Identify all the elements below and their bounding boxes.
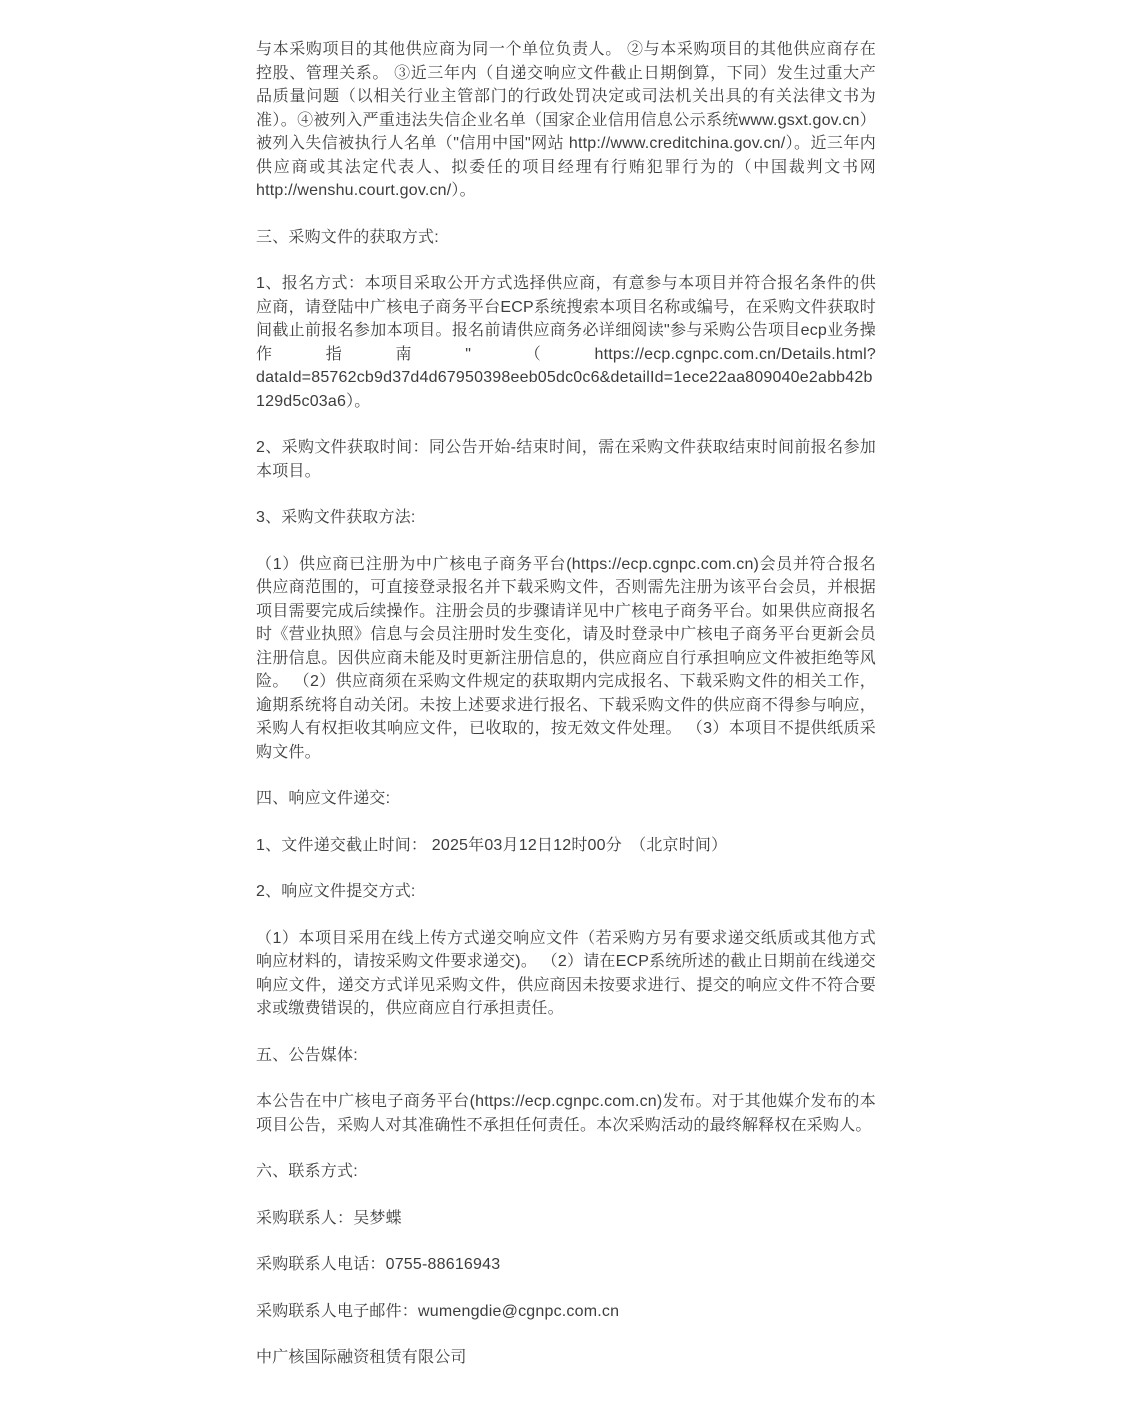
paragraph-submission-method-detail: （1）本项目采用在线上传方式递交响应文件（若采购方另有要求递交纸质或其他方式响应… [256,927,876,1021]
paragraph-announcement-media-detail: 本公告在中广核电子商务平台(https://ecp.cgnpc.com.cn)发… [256,1090,876,1137]
paragraph-acquisition-time: 2、采购文件获取时间：同公告开始-结束时间，需在采购文件获取结束时间前报名参加本… [256,436,876,483]
paragraph-acquisition-method-detail: （1）供应商已注册为中广核电子商务平台(https://ecp.cgnpc.co… [256,553,876,765]
paragraph-qualification-continued: 与本采购项目的其他供应商为同一个单位负责人。 ②与本采购项目的其他供应商存在控股… [256,38,876,203]
section-heading-announcement-media: 五、公告媒体: [256,1044,876,1068]
paragraph-submission-method-heading: 2、响应文件提交方式: [256,880,876,904]
section-heading-document-acquisition: 三、采购文件的获取方式: [256,226,876,250]
section-heading-response-submission: 四、响应文件递交: [256,787,876,811]
paragraph-submission-deadline: 1、文件递交截止时间： 2025年03月12日12时00分 （北京时间） [256,834,876,858]
paragraph-registration-method: 1、报名方式：本项目采取公开方式选择供应商，有意参与本项目并符合报名条件的供应商… [256,272,876,413]
paragraph-acquisition-method-heading: 3、采购文件获取方法: [256,506,876,530]
paragraph-contact-name: 采购联系人：吴梦蝶 [256,1207,876,1231]
section-heading-contact: 六、联系方式: [256,1160,876,1184]
paragraph-contact-phone: 采购联系人电话：0755-88616943 [256,1253,876,1277]
announcement-document: 与本采购项目的其他供应商为同一个单位负责人。 ②与本采购项目的其他供应商存在控股… [256,38,876,1393]
paragraph-company-name: 中广核国际融资租赁有限公司 [256,1346,876,1370]
paragraph-contact-email: 采购联系人电子邮件：wumengdie@cgnpc.com.cn [256,1300,876,1324]
